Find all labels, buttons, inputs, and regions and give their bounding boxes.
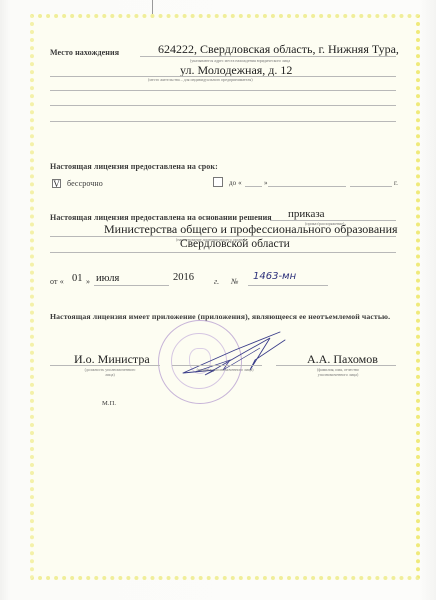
authority-rule-2 — [50, 252, 396, 253]
location-label: Место нахождения — [50, 48, 119, 57]
checkmark-icon: V — [53, 179, 60, 189]
checkbox-indefinite[interactable]: V — [52, 179, 61, 188]
location-rule-4 — [50, 105, 396, 106]
seal-place-label: М.П. — [102, 400, 116, 407]
date-day-close: » — [86, 277, 90, 286]
until-year-rule[interactable] — [350, 186, 392, 187]
location-caption-2: (место жительства – для индивидуального … — [148, 77, 253, 82]
location-rule-1 — [140, 56, 396, 57]
checkbox-until[interactable] — [213, 177, 223, 187]
authority-line1: Министерства общего и профессионального … — [104, 222, 398, 237]
position-caption: (должность уполномоченного лица) — [80, 367, 140, 377]
date-month-rule — [94, 285, 169, 286]
date-prefix: от « — [50, 277, 64, 286]
term-label: Настоящая лицензия предоставлена на срок… — [50, 162, 218, 171]
signature-rule — [172, 365, 262, 366]
license-number-handwritten: 1463-мн — [253, 271, 296, 282]
date-number-label: № — [231, 277, 239, 286]
location-rule-5 — [50, 121, 396, 122]
location-line1: 624222, Свердловская область, г. Нижняя … — [158, 42, 399, 57]
authority-line2: Свердловской области — [180, 238, 290, 250]
name-caption: (фамилия, имя, отчество уполномоченного … — [305, 367, 371, 377]
number-rule — [248, 285, 328, 286]
until-month-rule[interactable] — [268, 186, 346, 187]
term-until-label: до « — [229, 179, 242, 187]
decision-type: приказа — [288, 208, 325, 220]
until-year-suffix: г. — [394, 179, 398, 187]
date-day: 01 — [72, 273, 83, 284]
position-rule — [50, 365, 160, 366]
appendix-note: Настоящая лицензия имеет приложение (при… — [50, 312, 390, 321]
location-rule-3 — [50, 90, 396, 91]
license-frame — [30, 14, 420, 580]
term-indefinite-label: бессрочно — [67, 179, 103, 188]
name-rule — [276, 365, 396, 366]
signature-scribble-icon — [175, 330, 295, 380]
date-year: 2016 — [173, 272, 194, 283]
until-day-rule[interactable] — [245, 186, 262, 187]
date-year-suffix: г. — [214, 277, 219, 286]
basis-label: Настоящая лицензия предоставлена на осно… — [50, 213, 272, 222]
date-month: июля — [96, 273, 119, 284]
signature-caption: (подпись уполномоченного лица) — [195, 367, 255, 372]
